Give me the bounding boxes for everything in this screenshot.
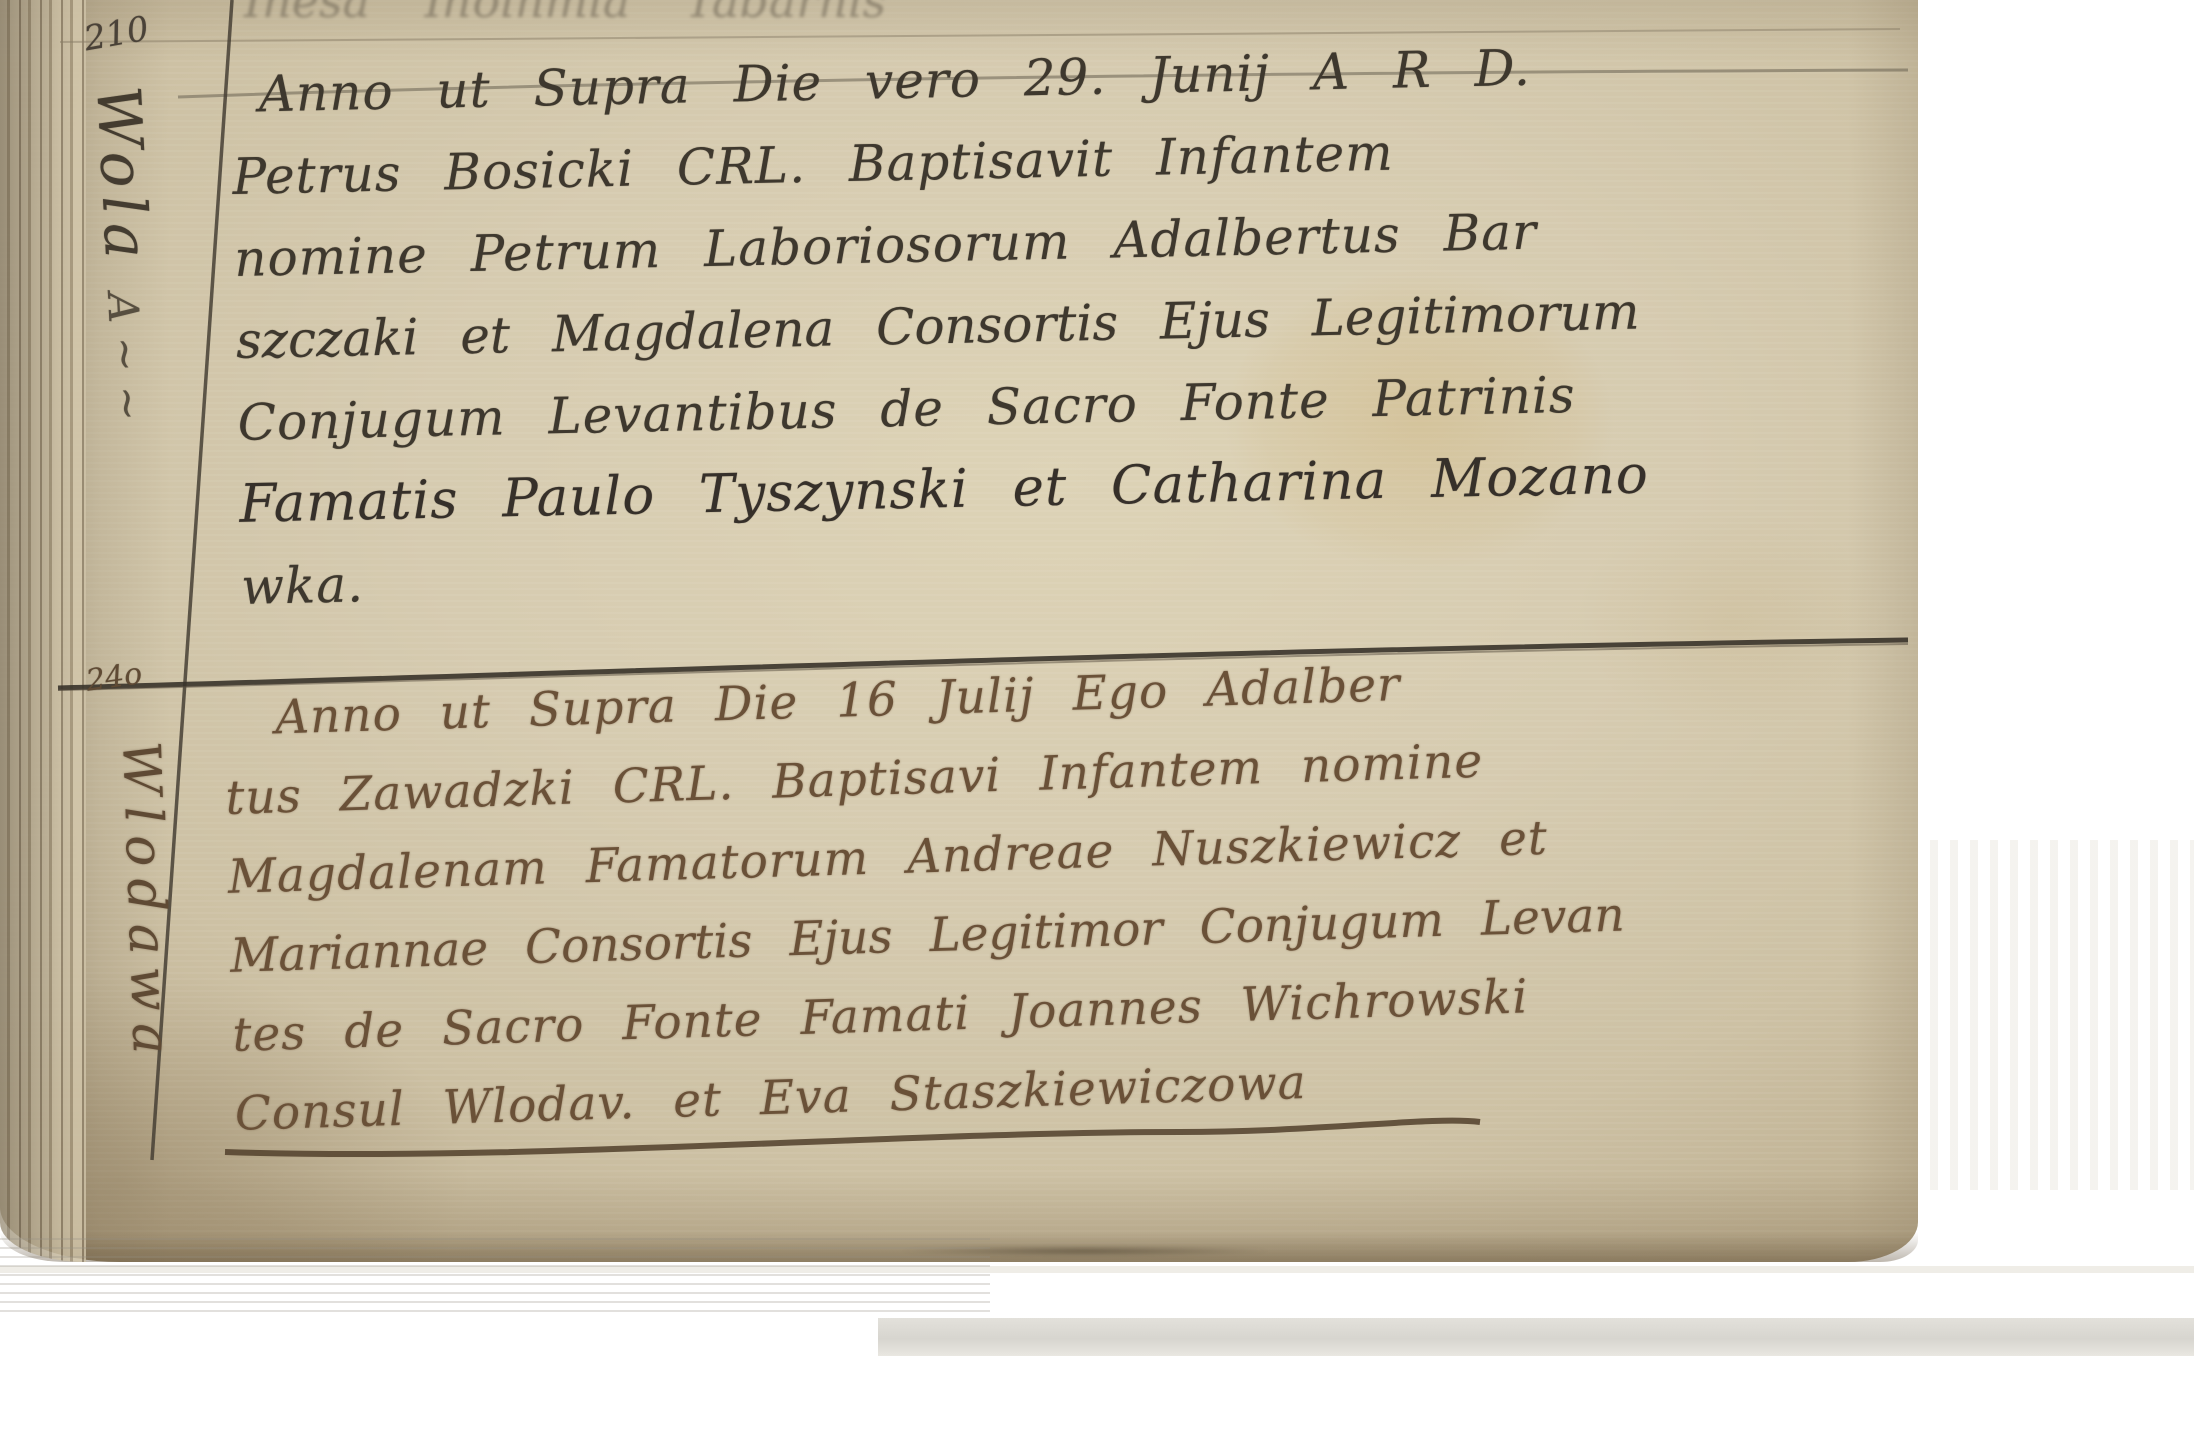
baptism-record-entry: Anno ut Supra Die vero 29. Junij A R D. …: [230, 21, 1802, 628]
scanner-artifact-stripes: [1930, 840, 2194, 1190]
margin-place-name: Wlodawa: [110, 740, 181, 1067]
scanner-artifact-stripes: [0, 1238, 990, 1316]
scanned-register-page: Inesa Ihoinmia Tabarnis 210 WolaA~~ 24o …: [0, 0, 2194, 1437]
baptism-record-entry: Anno ut Supra Die 16 Julij Ego Adalber t…: [222, 633, 1835, 1154]
scanner-artifact-band: [878, 1318, 2194, 1356]
margin-flourish: A~~: [98, 291, 154, 436]
